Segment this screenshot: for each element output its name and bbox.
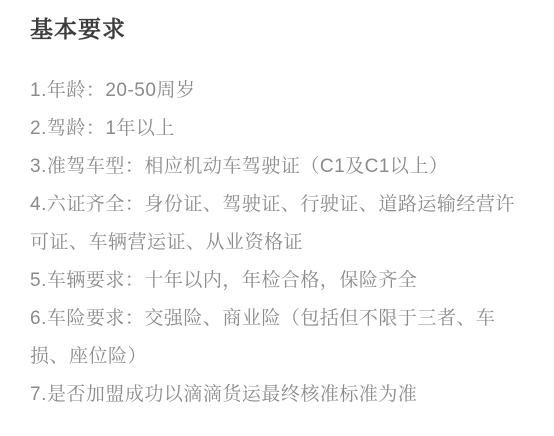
requirement-item: 1.年龄：20-50周岁: [30, 72, 524, 110]
requirements-page: 基本要求 1.年龄：20-50周岁2.驾龄：1年以上3.准驾车型：相应机动车驾驶…: [0, 0, 554, 436]
page-title: 基本要求: [30, 14, 524, 44]
requirement-item: 6.车险要求：交强险、商业险（包括但不限于三者、车 损、座位险）: [30, 300, 524, 376]
requirement-item: 7.是否加盟成功以滴滴货运最终核准标准为准: [30, 376, 524, 414]
requirement-item: 3.准驾车型：相应机动车驾驶证（C1及C1以上）: [30, 148, 524, 186]
requirement-item: 5.车辆要求：十年以内，年检合格，保险齐全: [30, 262, 524, 300]
requirement-item: 4.六证齐全：身份证、驾驶证、行驶证、道路运输经营许 可证、车辆营运证、从业资格…: [30, 186, 524, 262]
requirements-list: 1.年龄：20-50周岁2.驾龄：1年以上3.准驾车型：相应机动车驾驶证（C1及…: [30, 72, 524, 414]
requirement-item: 2.驾龄：1年以上: [30, 110, 524, 148]
